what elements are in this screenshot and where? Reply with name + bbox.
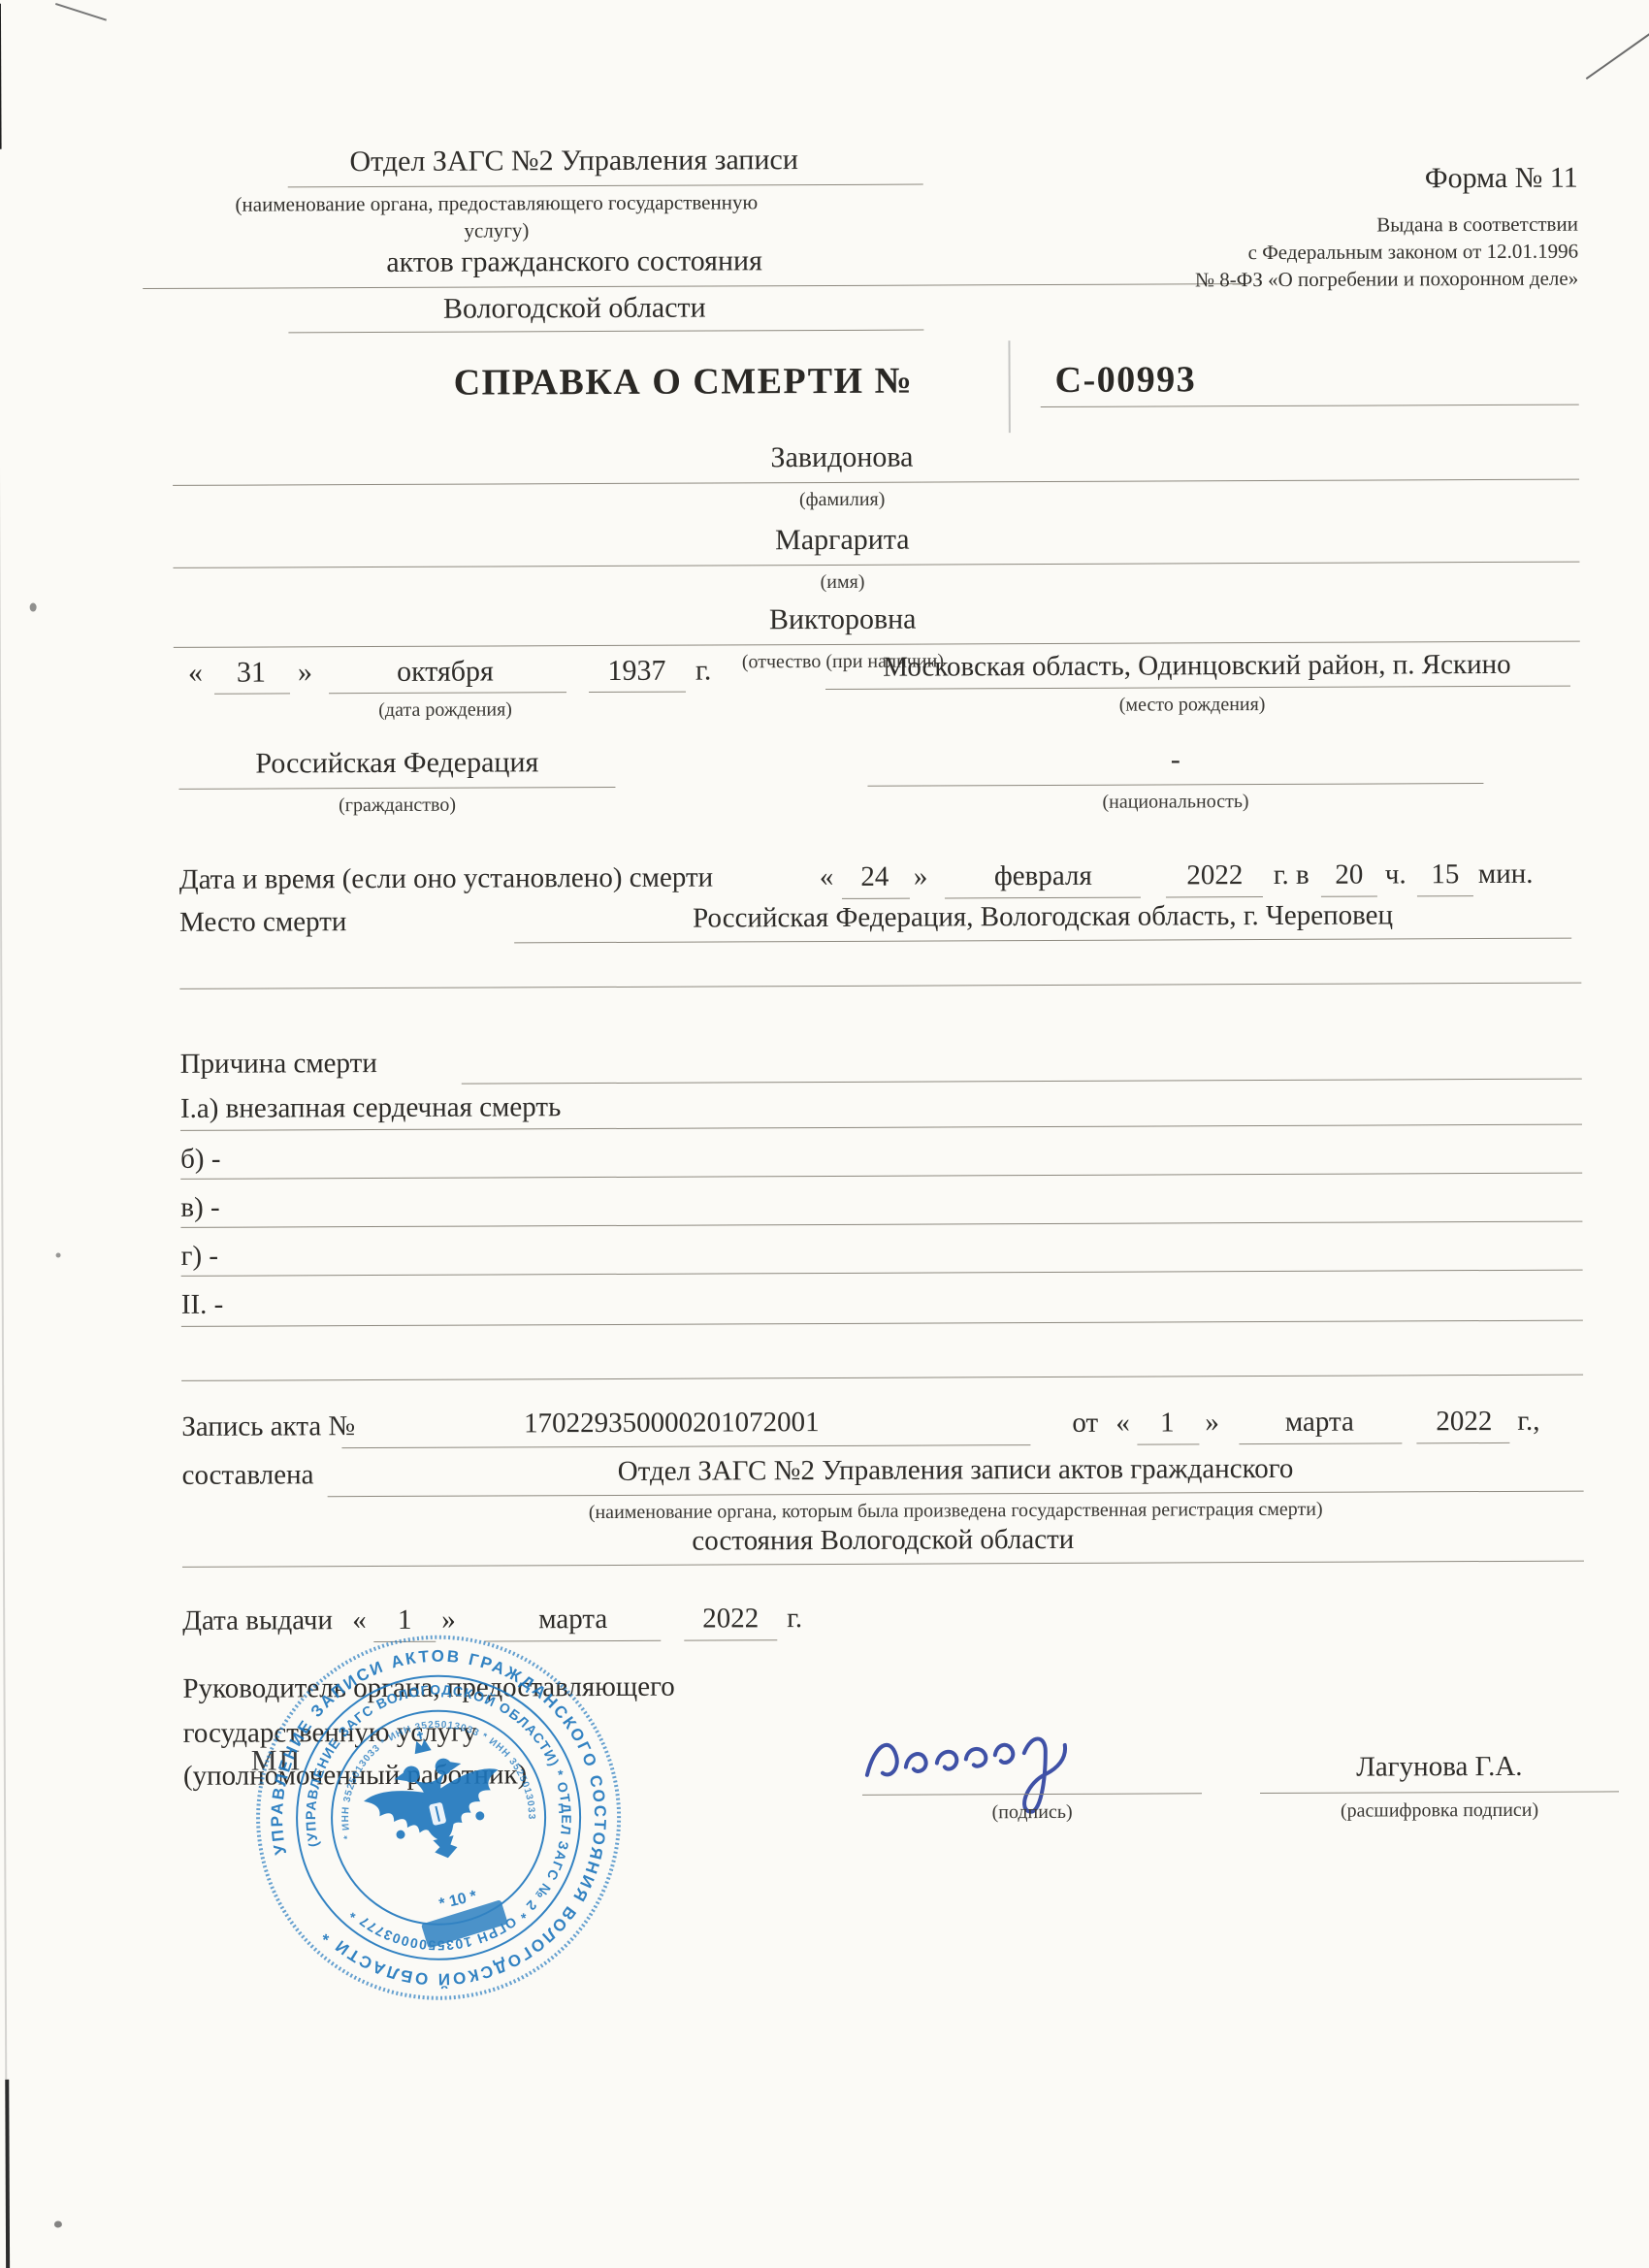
issue-year-suffix: г. <box>787 1603 802 1635</box>
form-line <box>181 1375 1583 1381</box>
birth-day-value: 31 <box>217 656 285 690</box>
form-line <box>589 692 686 693</box>
issuing-org-line2: актов гражданского состояния <box>235 244 914 281</box>
record-compiled-label: составлена <box>181 1459 313 1492</box>
scanned-death-certificate: Отдел ЗАГС №2 Управления записи (наимено… <box>0 0 1649 2268</box>
official-stamp: УПРАВЛЕНИЕ ЗАПИСИ АКТОВ ГРАЖДАНСКОГО СОС… <box>206 1584 672 2051</box>
form-line <box>1321 896 1377 897</box>
cause-line-b: б) - <box>180 1144 220 1177</box>
form-line <box>181 1320 1583 1327</box>
birth-year-suffix: г. <box>695 655 712 689</box>
form-line <box>945 897 1141 899</box>
form-line <box>1137 1443 1199 1444</box>
scan-scratch-artifact <box>55 3 107 21</box>
form-line <box>288 184 923 188</box>
death-place-value: Российская Федерация, Вологодская област… <box>514 899 1571 936</box>
form-line <box>180 1173 1582 1180</box>
form-line <box>180 1221 1582 1228</box>
form-line <box>214 693 290 694</box>
birth-place-caption: (место рождения) <box>921 693 1464 717</box>
form-line <box>514 938 1571 944</box>
form-line <box>180 1124 1582 1131</box>
quote-close: » <box>1205 1407 1219 1439</box>
form-line <box>684 1639 777 1640</box>
scan-speck-artifact <box>54 2220 62 2227</box>
given-name-value: Маргарита <box>173 521 1511 561</box>
form-line <box>341 1444 1030 1448</box>
quote-open: « <box>352 1604 367 1636</box>
nationality-value: - <box>867 742 1483 778</box>
issuing-org-caption-line2: услугу) <box>143 217 851 243</box>
legal-basis-line1: Выдана в соответствии <box>1064 212 1578 238</box>
form-line <box>173 562 1579 568</box>
death-month-value: февраля <box>949 860 1138 893</box>
issuing-org-caption-line1: (наименование органа, предоставляющего г… <box>143 190 851 216</box>
birth-date-caption: (дата рождения) <box>319 698 571 722</box>
issue-date-label: Дата выдачи <box>182 1604 333 1637</box>
nationality-caption: (национальность) <box>867 790 1483 815</box>
form-line <box>179 983 1581 989</box>
cause-line-v: в) - <box>180 1192 219 1225</box>
form-line <box>178 787 615 790</box>
form-line <box>288 330 923 334</box>
death-hours-label: ч. <box>1385 859 1406 891</box>
issuing-org-line3: Вологодской области <box>235 291 914 328</box>
form-line <box>842 898 910 899</box>
form-line <box>174 641 1580 648</box>
death-minutes-label: мин. <box>1478 859 1534 891</box>
form-line <box>1041 405 1579 407</box>
surname-value: Завидонова <box>173 438 1511 478</box>
form-line <box>328 1491 1584 1498</box>
birth-place-value: Московская область, Одинцовский район, п… <box>824 649 1570 685</box>
issuing-org-line1: Отдел ЗАГС №2 Управления записи <box>235 144 914 180</box>
form-line <box>1239 1442 1402 1444</box>
death-hours-value: 20 <box>1324 859 1374 892</box>
form-line <box>1416 1442 1509 1443</box>
legal-basis-line2: с Федеральным законом от 12.01.1996 <box>1064 240 1578 265</box>
certificate-sheet: Отдел ЗАГС №2 Управления записи (наимено… <box>0 0 1649 2268</box>
record-year-suffix: г., <box>1517 1406 1539 1438</box>
birth-year-value: 1937 <box>591 655 683 689</box>
record-month-value: марта <box>1242 1406 1397 1439</box>
patronymic-value: Викторовна <box>174 600 1512 640</box>
quote-close: » <box>298 656 312 690</box>
death-minutes-value: 15 <box>1420 859 1471 891</box>
cause-line-g: г) - <box>180 1241 218 1274</box>
cause-line-ia: I.а) внезапная сердечная смерть <box>180 1091 562 1125</box>
form-line <box>173 479 1579 486</box>
record-year-value: 2022 <box>1420 1406 1507 1439</box>
record-day-value: 1 <box>1139 1407 1195 1440</box>
quote-open: « <box>820 861 834 893</box>
scan-fold-artifact <box>1008 340 1010 433</box>
signature-caption: (подпись) <box>862 1800 1202 1825</box>
death-day-value: 24 <box>846 861 904 894</box>
death-year-value: 2022 <box>1169 859 1261 892</box>
death-place-label: Место смерти <box>179 906 346 939</box>
scan-edge-artifact <box>0 149 7 2080</box>
scan-speck-artifact <box>30 603 37 612</box>
form-line <box>182 1561 1584 1568</box>
scan-speck-artifact <box>56 1252 61 1257</box>
signer-name-value: Лагунова Г.А. <box>1260 1750 1619 1784</box>
legal-basis-line3: № 8-ФЗ «О погребении и похоронном деле» <box>1064 267 1578 292</box>
certificate-number: С-00993 <box>1055 359 1197 402</box>
given-name-caption: (имя) <box>173 568 1511 597</box>
form-line <box>1417 895 1473 896</box>
quote-open: « <box>1115 1408 1130 1440</box>
signer-name-caption: (расшифровка подписи) <box>1260 1798 1619 1823</box>
surname-caption: (фамилия) <box>173 486 1511 514</box>
quote-open: « <box>188 657 203 691</box>
record-org-caption: (наименование органа, которым была произ… <box>328 1498 1584 1526</box>
certificate-title: СПРАВКА О СМЕРТИ № <box>454 361 914 405</box>
death-in-label: г. в <box>1274 859 1309 892</box>
issue-year-value: 2022 <box>687 1603 774 1636</box>
citizenship-caption: (гражданство) <box>178 794 615 818</box>
form-line <box>867 783 1483 787</box>
birth-month-value: октября <box>334 655 557 690</box>
cause-line-ii: II. - <box>181 1289 224 1322</box>
form-line <box>825 686 1570 690</box>
record-org-line2: состояния Вологодской области <box>182 1522 1584 1561</box>
cause-label: Причина смерти <box>180 1048 377 1081</box>
form-line <box>329 692 566 694</box>
quote-close: » <box>914 861 928 893</box>
citizenship-value: Российская Федерация <box>178 746 615 781</box>
form-line <box>462 1079 1582 1085</box>
form-number: Форма № 11 <box>1210 162 1578 197</box>
form-line <box>181 1270 1583 1277</box>
form-line <box>1166 896 1263 897</box>
scan-edge-artifact <box>5 2080 10 2268</box>
record-number-value: 170229350000201072001 <box>351 1406 991 1441</box>
record-org-line1: Отдел ЗАГС №2 Управления записи актов гр… <box>327 1452 1583 1490</box>
record-from-label: от <box>1072 1408 1098 1440</box>
form-line <box>1260 1791 1619 1794</box>
scan-scratch-artifact <box>1586 22 1649 80</box>
death-datetime-label: Дата и время (если оно установлено) смер… <box>179 862 713 897</box>
scan-edge-artifact <box>0 4 2 149</box>
record-label: Запись акта № <box>181 1410 355 1443</box>
